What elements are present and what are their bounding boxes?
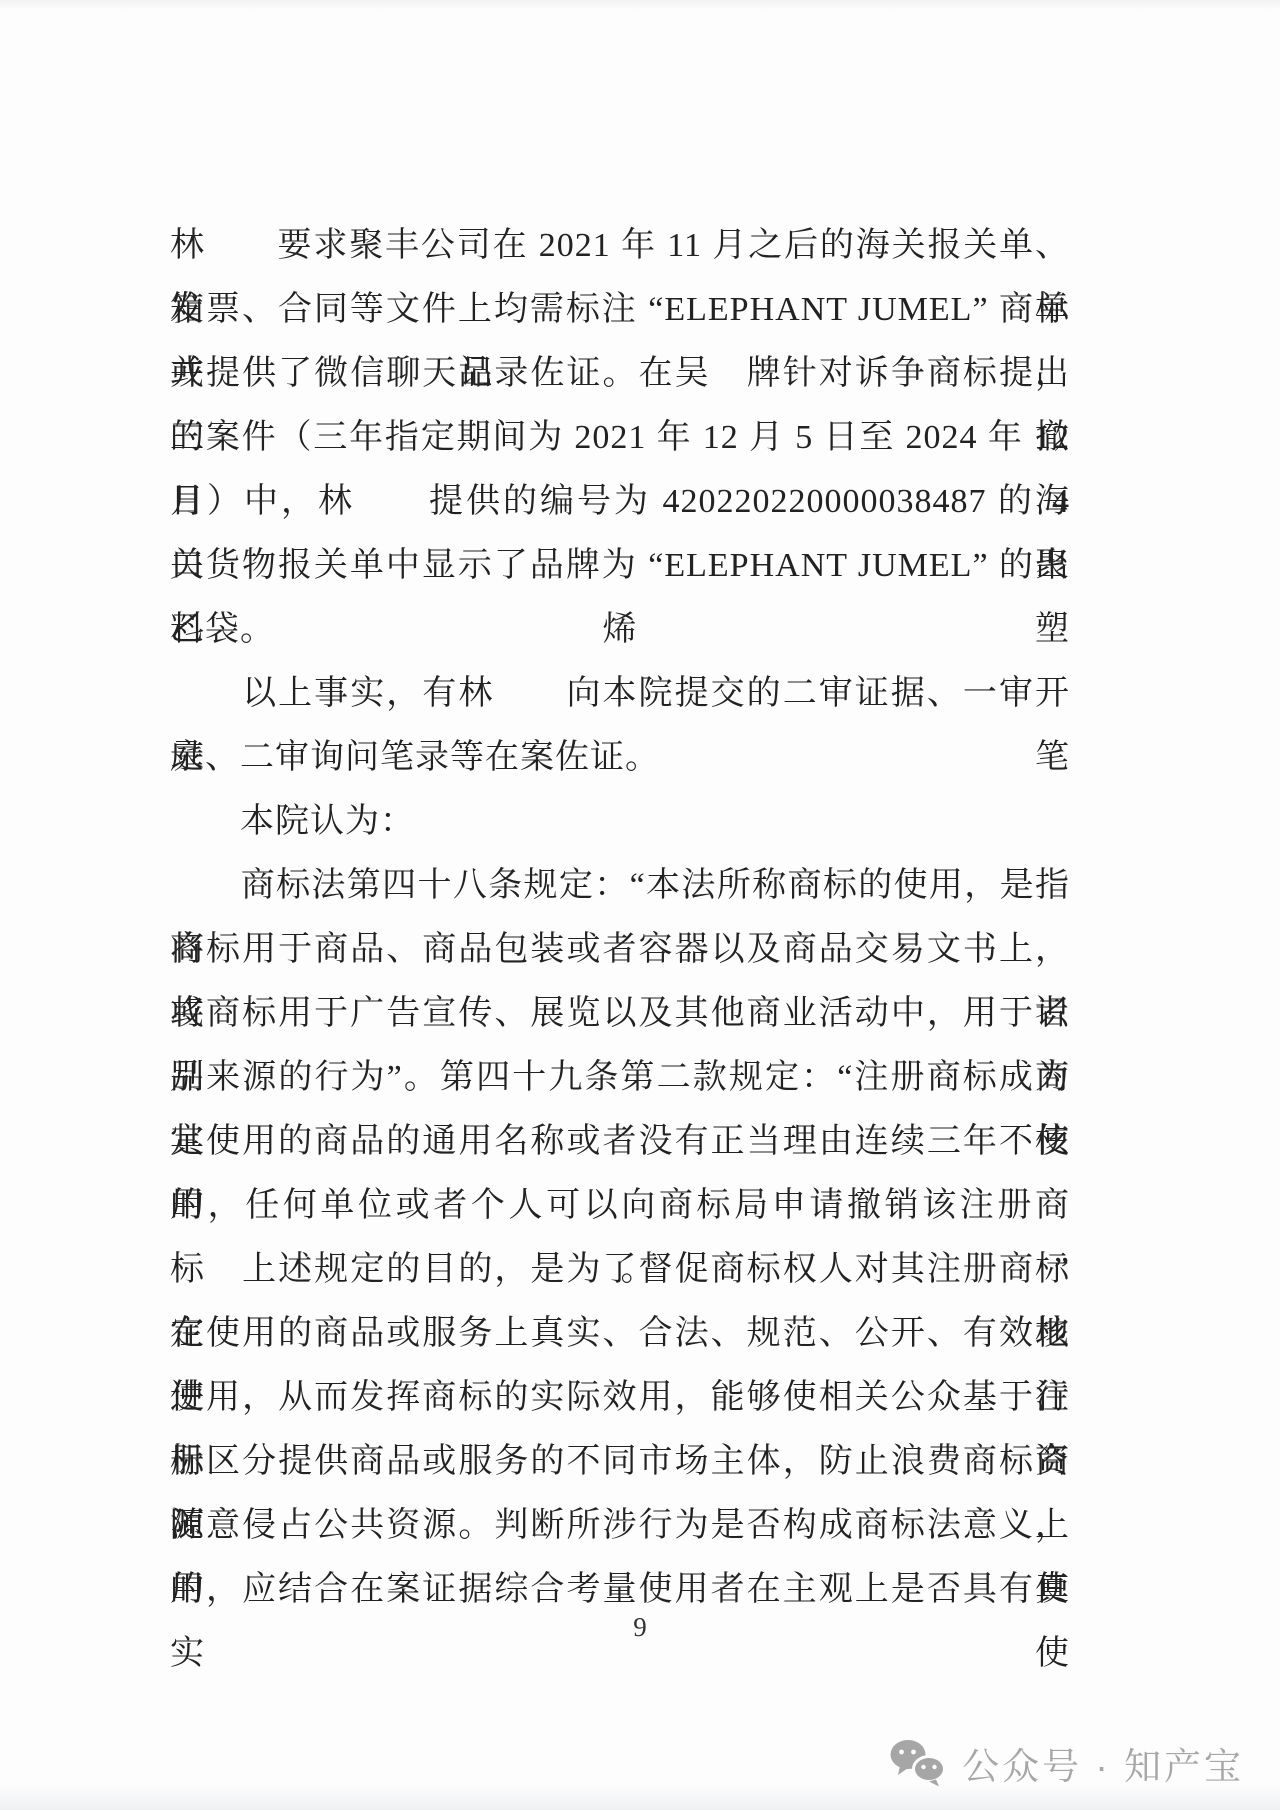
text-line: 商标法第四十八条规定：“本法所称商标的使用，是指将 — [170, 854, 1070, 918]
text-line: 日）中，林 提供的编号为 420220220000038487 的海关出 — [170, 470, 1070, 534]
scanned-judgment-page: 林 要求聚丰公司在 2021 年 11 月之后的海关报关单、箱单 发票、合同等文… — [0, 0, 1280, 1810]
document-body-text: 林 要求聚丰公司在 2021 年 11 月之后的海关报关单、箱单 发票、合同等文… — [170, 214, 1070, 1622]
text-line: 发票、合同等文件上均需标注 “ELEPHANT JUMEL” 商标或品牌， — [170, 278, 1070, 342]
text-line: 三案件（三年指定期间为 2021 年 12 月 5 日至 2024 年 12 月… — [170, 406, 1070, 470]
text-line: 将商标用于广告宣传、展览以及其他商业活动中，用于识别商 — [170, 982, 1070, 1046]
footer-watermark: 公众号 · 知产宝 — [890, 1736, 1244, 1790]
text-line: 定使用的商品的通用名称或者没有正当理由连续三年不使用 — [170, 1110, 1070, 1174]
text-line: 口货物报关单中显示了品牌为 “ELEPHANT JUMEL” 的聚乙烯塑 — [170, 534, 1070, 598]
footer-watermark-label: 公众号 · 知产宝 — [962, 1736, 1244, 1790]
text-line: 定使用的商品或服务上真实、合法、规范、公开、有效地进行 — [170, 1302, 1070, 1366]
text-line: 上述规定的目的，是为了督促商标权人对其注册商标在核 — [170, 1238, 1070, 1302]
text-line: 使用，从而发挥商标的实际效用，能够使相关公众基于注册商 — [170, 1366, 1070, 1430]
text-line: 以上事实，有林 向本院提交的二审证据、一审开庭笔 — [170, 662, 1070, 726]
text-line: 本院认为： — [170, 790, 1070, 854]
text-line: 并提供了微信聊天记录佐证。在吴 针对诉争商标提出的撤 — [170, 342, 1070, 406]
text-line: 品来源的行为”。第四十九条第二款规定：“注册商标成为其核 — [170, 1046, 1070, 1110]
text-line: 的，任何单位或者个人可以向商标局申请撤销该注册商标。” — [170, 1174, 1070, 1238]
text-line: 商标用于商品、商品包装或者容器以及商品交易文书上，或者 — [170, 918, 1070, 982]
text-line: 林 要求聚丰公司在 2021 年 11 月之后的海关报关单、箱单 — [170, 214, 1070, 278]
text-line: 随意侵占公共资源。判断所涉行为是否构成商标法意义上的使 — [170, 1494, 1070, 1558]
wechat-icon — [890, 1739, 946, 1787]
page-number: 9 — [620, 1612, 660, 1643]
text-line: 标区分提供商品或服务的不同市场主体，防止浪费商标资源， — [170, 1430, 1070, 1494]
